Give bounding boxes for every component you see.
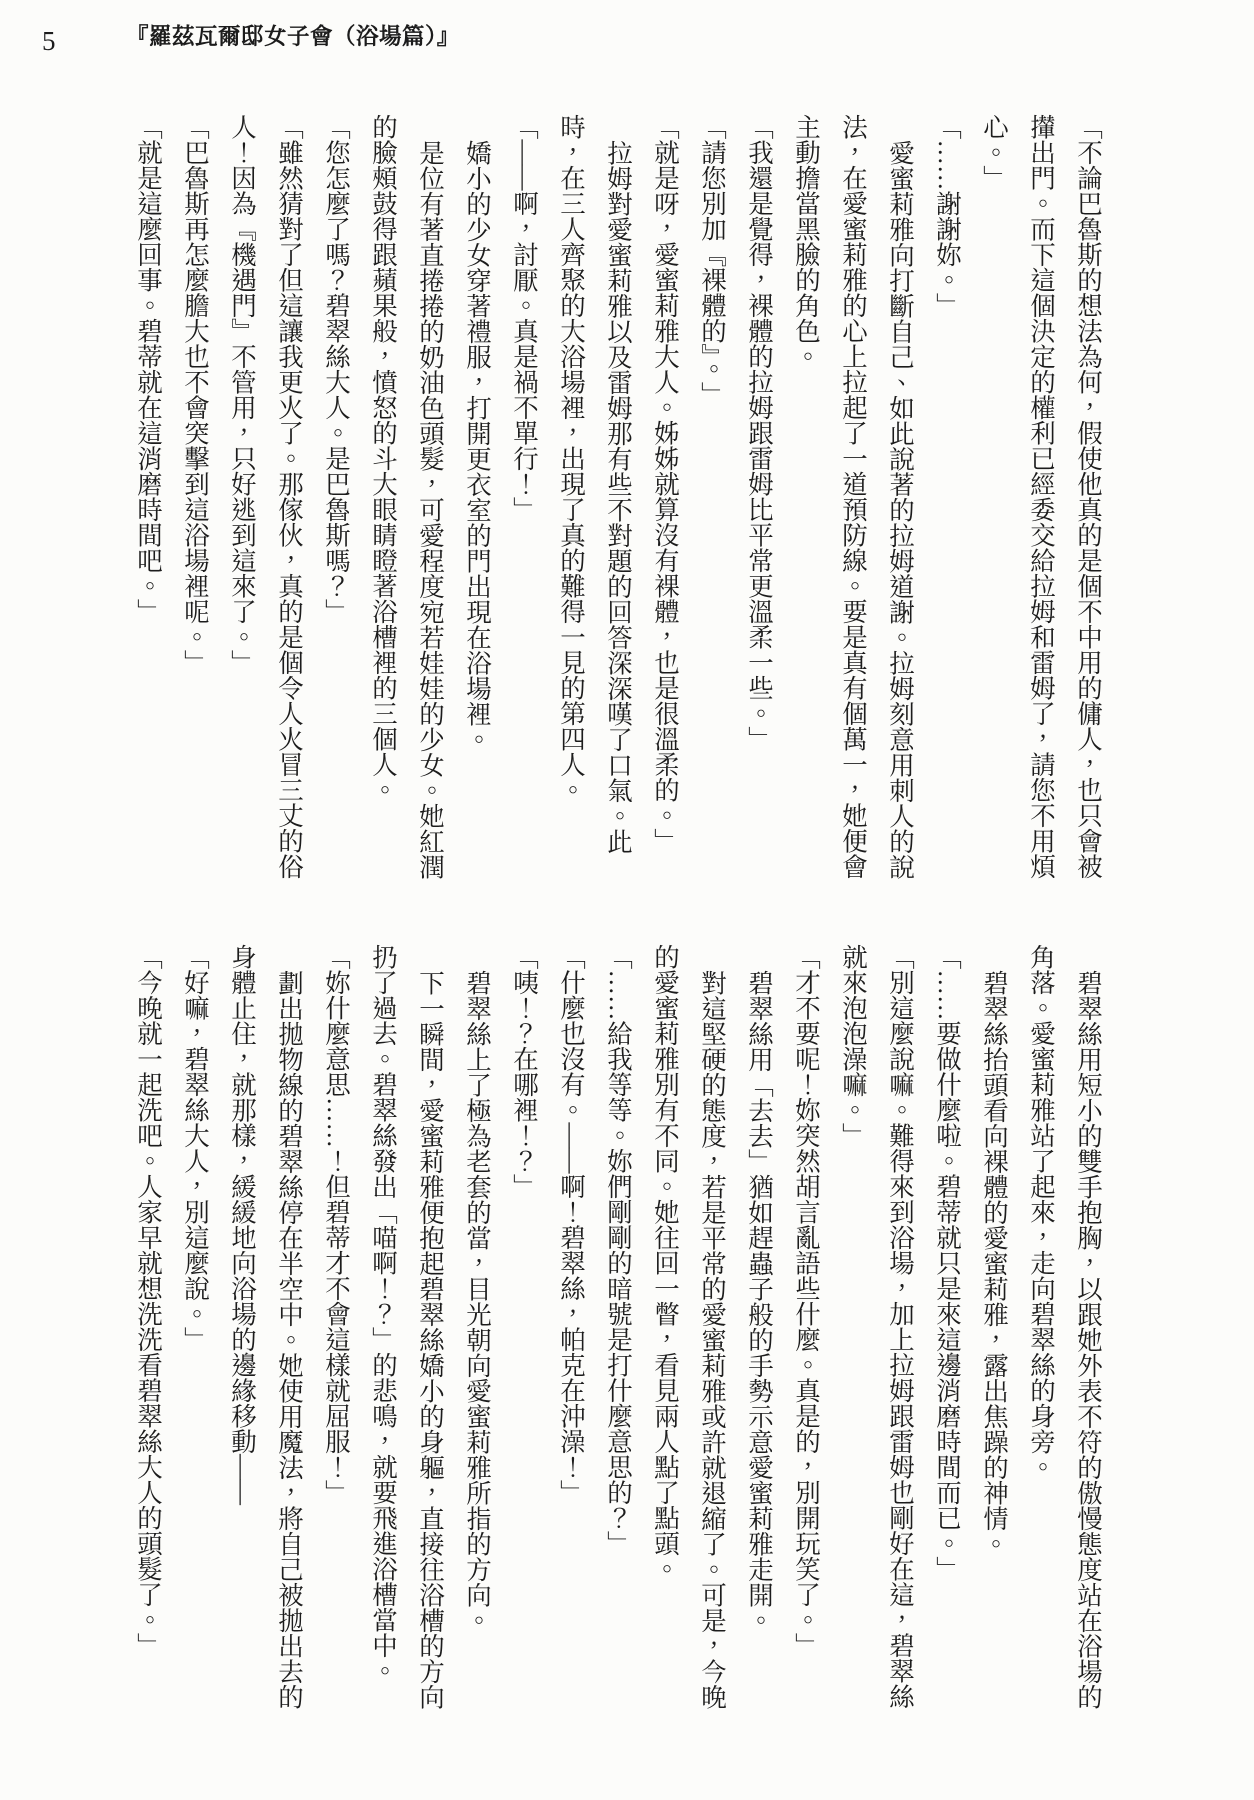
paragraph-dialogue: 「……給我等等。妳們剛剛的暗號是打什麼意思的？」 xyxy=(595,944,642,1710)
paragraph-dialogue: 「我還是覺得，裸體的拉姆跟雷姆比平常更溫柔一些。」 xyxy=(736,114,783,880)
paragraph-dialogue: 「今晚就一起洗吧。人家早就想洗洗看碧翠絲大人的頭髮了。」 xyxy=(125,944,172,1710)
paragraph-dialogue: 「什麼也沒有。——啊！碧翠絲，帕克在沖澡！」 xyxy=(548,944,595,1710)
book-page: 5 『羅茲瓦爾邸女子會（浴場篇）』 「不論巴魯斯的想法為何，假使他真的是個不中用… xyxy=(0,0,1254,1800)
paragraph-dialogue: 「不論巴魯斯的想法為何，假使他真的是個不中用的傭人，也只會被攆出門。而下這個決定… xyxy=(971,114,1112,880)
paragraph-narrative: 碧翠絲上了極為老套的當，目光朝向愛蜜莉雅所指的方向。 xyxy=(454,944,501,1710)
running-title: 『羅茲瓦爾邸女子會（浴場篇）』 xyxy=(126,26,460,49)
paragraph-narrative: 是位有著直捲捲的奶油色頭髮，可愛程度宛若娃娃的少女。她紅潤的臉頰鼓得跟蘋果般，憤… xyxy=(360,114,454,880)
paragraph-dialogue: 「就是呀，愛蜜莉雅大人。姊姊就算沒有裸體，也是很溫柔的。」 xyxy=(642,114,689,880)
paragraph-narrative: 碧翠絲抬頭看向裸體的愛蜜莉雅，露出焦躁的神情。 xyxy=(971,944,1018,1710)
paragraph-dialogue: 「就是這麼回事。碧蒂就在這消磨時間吧。」 xyxy=(125,114,172,880)
page-number: 5 xyxy=(42,28,56,55)
paragraph-narrative: 嬌小的少女穿著禮服，打開更衣室的門出現在浴場裡。 xyxy=(454,114,501,880)
paragraph-dialogue: 「咦！？在哪裡！？」 xyxy=(501,944,548,1710)
paragraph-narrative: 碧翠絲用短小的雙手抱胸，以跟她外表不符的傲慢態度站在浴場的角落。愛蜜莉雅站了起來… xyxy=(1018,944,1112,1710)
paragraph-narrative: 劃出拋物線的碧翠絲停在半空中。她使用魔法，將自己被拋出去的身體止住，就那樣，緩緩… xyxy=(219,944,313,1710)
paragraph-dialogue: 「巴魯斯再怎麼膽大也不會突擊到這浴場裡呢。」 xyxy=(172,114,219,880)
text-block-upper: 「不論巴魯斯的想法為何，假使他真的是個不中用的傭人，也只會被攆出門。而下這個決定… xyxy=(118,114,1112,880)
paragraph-dialogue: 「別這麼說嘛。難得來到浴場，加上拉姆跟雷姆也剛好在這，碧翠絲就來泡泡澡嘛。」 xyxy=(830,944,924,1710)
paragraph-dialogue: 「……要做什麼啦。碧蒂就只是來這邊消磨時間而已。」 xyxy=(924,944,971,1710)
paragraph-dialogue: 「好嘛，碧翠絲大人，別這麼說。」 xyxy=(172,944,219,1710)
paragraph-dialogue: 「……謝謝妳。」 xyxy=(924,114,971,880)
paragraph-narrative: 下一瞬間，愛蜜莉雅便抱起碧翠絲嬌小的身軀，直接往浴槽的方向扔了過去。碧翠絲發出「… xyxy=(360,944,454,1710)
paragraph-dialogue: 「您怎麼了嗎？碧翠絲大人。是巴魯斯嗎？」 xyxy=(313,114,360,880)
paragraph-narrative: 對這堅硬的態度，若是平常的愛蜜莉雅或許就退縮了。可是，今晚的愛蜜莉雅別有不同。她… xyxy=(642,944,736,1710)
paragraph-dialogue: 「——啊，討厭。真是禍不單行！」 xyxy=(501,114,548,880)
paragraph-dialogue: 「才不要呢！妳突然胡言亂語些什麼。真是的，別開玩笑了。」 xyxy=(783,944,830,1710)
paragraph-dialogue: 「請您別加『裸體的』。」 xyxy=(689,114,736,880)
paragraph-dialogue: 「妳什麼意思……！但碧蒂才不會這樣就屈服！」 xyxy=(313,944,360,1710)
paragraph-narrative: 愛蜜莉雅向打斷自己、如此說著的拉姆道謝。拉姆刻意用刺人的說法，在愛蜜莉雅的心上拉… xyxy=(783,114,924,880)
paragraph-narrative: 拉姆對愛蜜莉雅以及雷姆那有些不對題的回答深深嘆了口氣。此時，在三人齊聚的大浴場裡… xyxy=(548,114,642,880)
paragraph-narrative: 碧翠絲用「去去」猶如趕蟲子般的手勢示意愛蜜莉雅走開。 xyxy=(736,944,783,1710)
paragraph-dialogue: 「雖然猜對了但這讓我更火了。那傢伙，真的是個令人火冒三丈的俗人！因為『機遇門』不… xyxy=(219,114,313,880)
text-block-lower: 碧翠絲用短小的雙手抱胸，以跟她外表不符的傲慢態度站在浴場的角落。愛蜜莉雅站了起來… xyxy=(118,944,1112,1710)
